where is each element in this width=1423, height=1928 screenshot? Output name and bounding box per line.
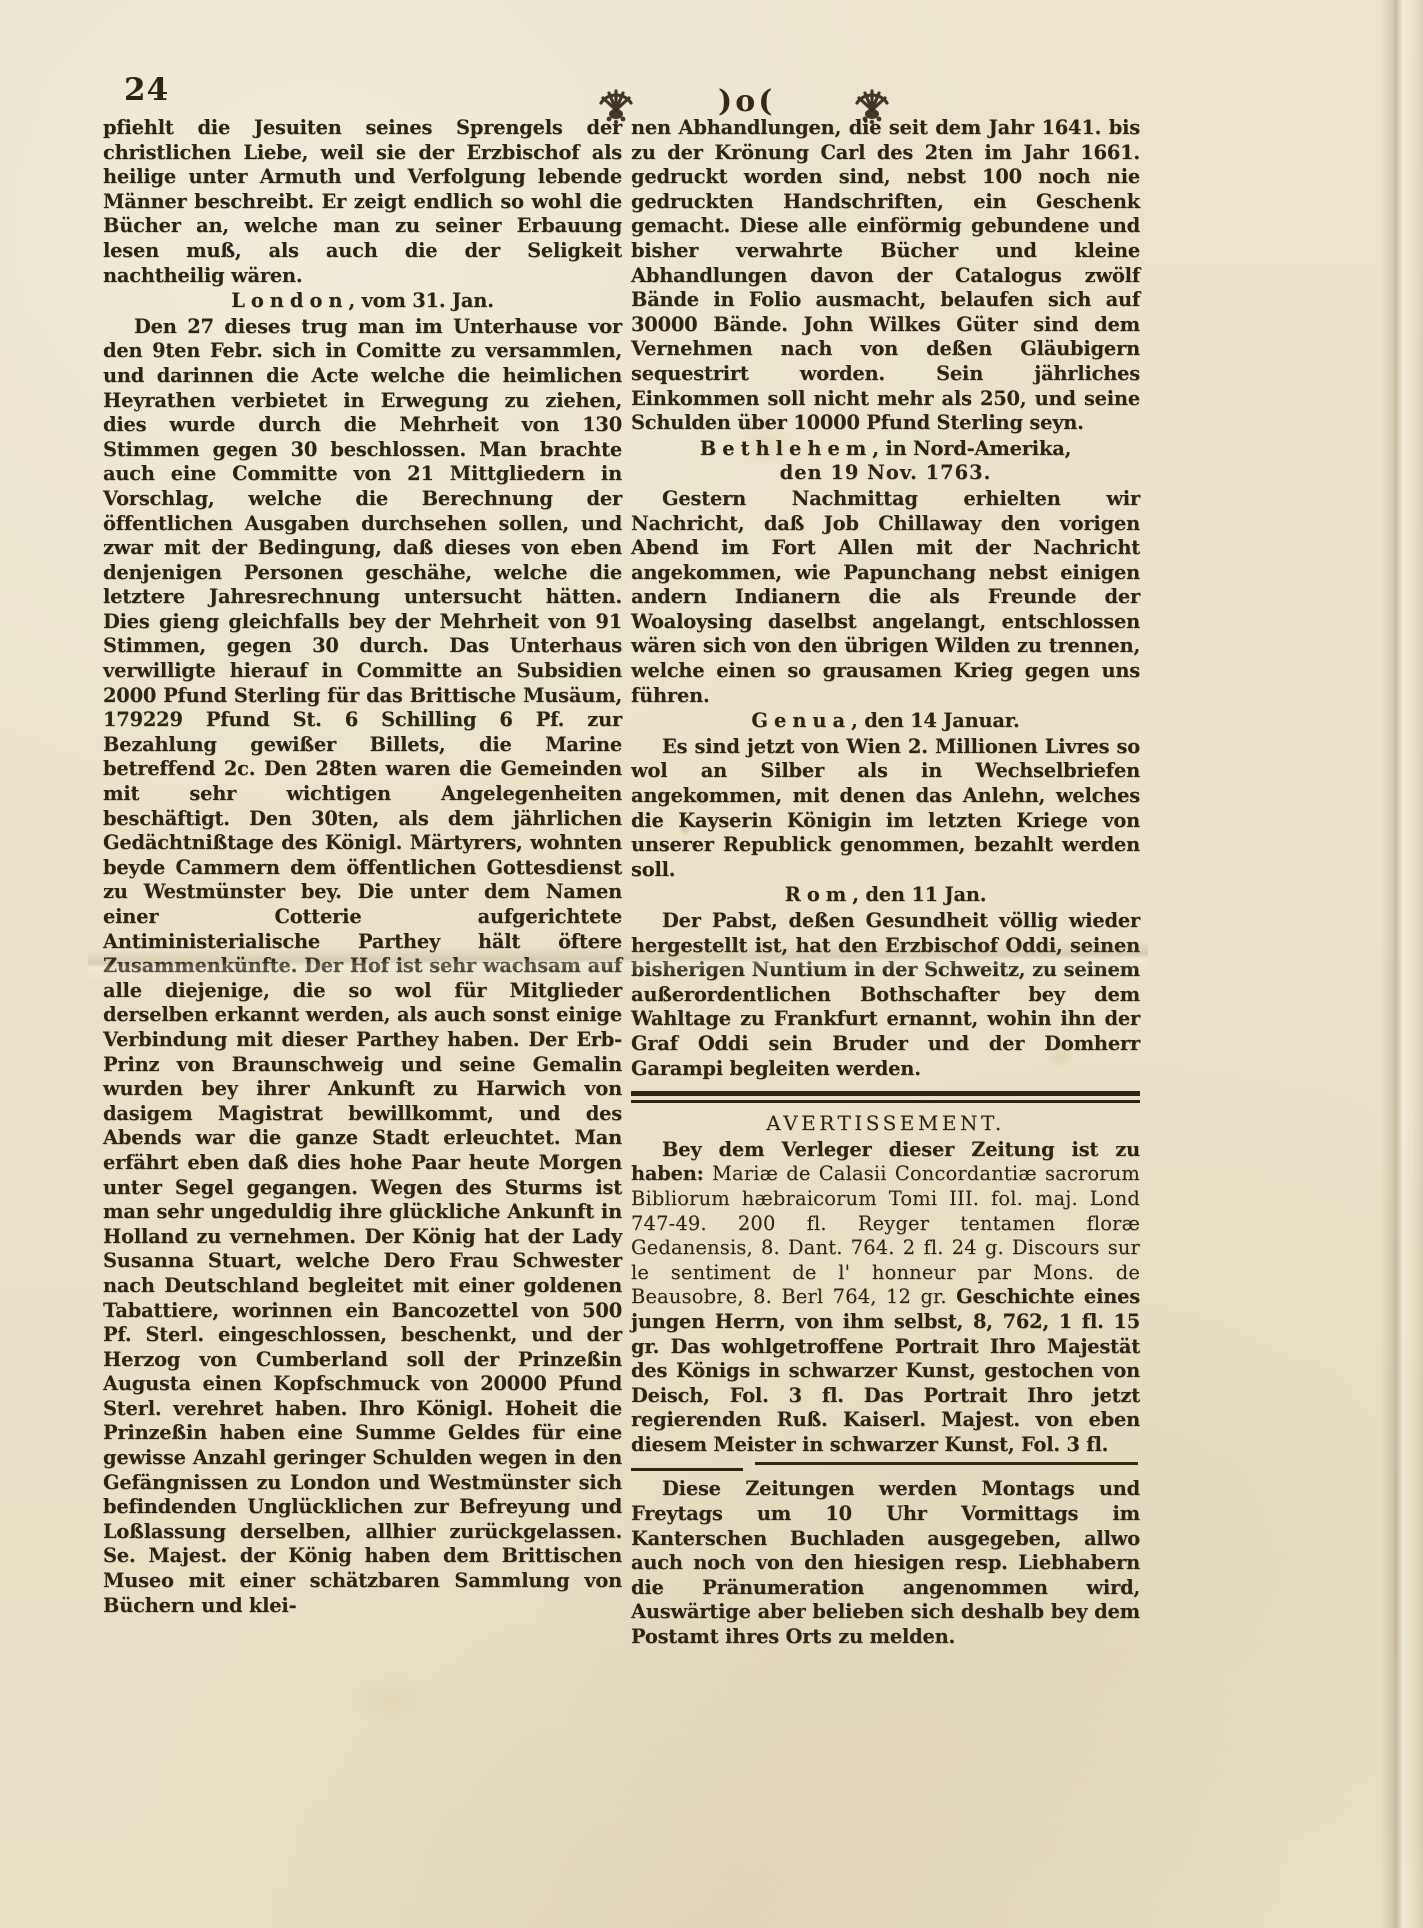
text-segment-fraktur: Geschichte eines jungen Herrn, von ihm s… (631, 1285, 1140, 1456)
avertissement-heading: AVERTISSEMENT. (631, 1111, 1140, 1136)
dateline-heading: Bethlehem, in Nord-Amerika,den 19 Nov. 1… (631, 437, 1140, 486)
dateline-place: Rom (785, 883, 853, 906)
double-rule (631, 1091, 1140, 1103)
paragraph: Es sind jetzt von Wien 2. Millionen Livr… (631, 735, 1140, 883)
thin-rule (631, 1459, 1140, 1475)
dateline-heading: London, vom 31. Jan. (103, 289, 622, 314)
dateline-place: Genua (751, 709, 851, 732)
right-column: nen Abhandlungen, die seit dem Jahr 1641… (631, 116, 1140, 1650)
page-edge-shadow (1381, 0, 1423, 1928)
paragraph: Diese Zeitungen werden Montags und Freyt… (631, 1477, 1140, 1649)
paragraph: Gestern Nachmittag erhielten wir Nachric… (631, 487, 1140, 708)
paragraph: nen Abhandlungen, die seit dem Jahr 1641… (631, 116, 1140, 436)
dateline-subline: den 19 Nov. 1763. (631, 461, 1140, 486)
dateline-date: , den 11 Jan. (852, 883, 986, 906)
paragraph: Den 27 dieses trug man im Unterhause vor… (103, 315, 622, 1618)
dateline-date: , den 14 Januar. (851, 709, 1019, 732)
paper-stain (330, 1660, 450, 1740)
paragraph: Der Pabst, deßen Gesundheit völlig wiede… (631, 909, 1140, 1081)
thin-rule-short-segment (631, 1468, 743, 1471)
dateline-place: Bethlehem (700, 437, 872, 460)
dateline-heading: Rom, den 11 Jan. (631, 883, 1140, 908)
page-number: 24 (124, 72, 169, 108)
newspaper-page: 24 )o( pfiehlt die Jesuiten (0, 0, 1423, 1928)
signature-mark: )o( (718, 84, 775, 119)
left-column: pfiehlt die Jesuiten seines Sprengels de… (103, 116, 622, 1618)
dateline-heading: Genua, den 14 Januar. (631, 709, 1140, 734)
thin-rule-long-segment (755, 1462, 1138, 1465)
paragraph: Bey dem Verleger dieser Zeitung ist zu h… (631, 1138, 1140, 1458)
dateline-place: London (231, 289, 348, 312)
dateline-date: , vom 31. Jan. (349, 289, 494, 312)
paragraph: pfiehlt die Jesuiten seines Sprengels de… (103, 116, 622, 288)
dateline-date: , in Nord-Amerika, (872, 437, 1071, 460)
